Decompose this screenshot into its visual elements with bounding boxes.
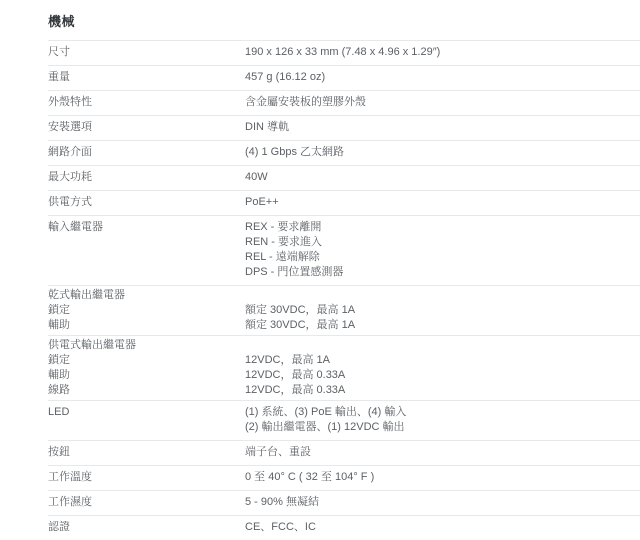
spec-value: REX - 要求離開REN - 要求進入REL - 遠端解除DPS - 門位置感… (245, 220, 640, 280)
spec-label-line: 尺寸 (48, 45, 245, 60)
spec-label-line: 認證 (48, 520, 245, 535)
spec-label-line: 重量 (48, 70, 245, 85)
spec-value-line: (2) 輸出繼電器、(1) 12VDC 輸出 (245, 420, 640, 435)
spec-label-line: 按鈕 (48, 445, 245, 460)
spec-value: 12VDC，最高 1A12VDC，最高 0.33A12VDC，最高 0.33A (245, 338, 640, 398)
spec-label: 安裝選項 (48, 120, 245, 135)
spec-label: 供電式輸出繼電器鎖定輔助線路 (48, 338, 245, 398)
spec-value: PoE++ (245, 195, 640, 210)
spec-row: 尺寸190 x 126 x 33 mm (7.48 x 4.96 x 1.29″… (48, 41, 640, 66)
spec-table: 尺寸190 x 126 x 33 mm (7.48 x 4.96 x 1.29″… (48, 41, 640, 540)
spec-value: (4) 1 Gbps 乙太網路 (245, 145, 640, 160)
spec-value-line: PoE++ (245, 195, 640, 210)
spec-value-line: (4) 1 Gbps 乙太網路 (245, 145, 640, 160)
spec-label: 工作濕度 (48, 495, 245, 510)
spec-page: 機械 尺寸190 x 126 x 33 mm (7.48 x 4.96 x 1.… (0, 0, 640, 540)
spec-value-line: 12VDC，最高 0.33A (245, 383, 640, 398)
spec-row: 重量457 g (16.12 oz) (48, 66, 640, 91)
spec-label-line: 線路 (48, 383, 245, 398)
spec-value-line: 457 g (16.12 oz) (245, 70, 640, 85)
spec-row: 工作溫度0 至 40° C ( 32 至 104° F ) (48, 466, 640, 491)
spec-label-line: 最大功耗 (48, 170, 245, 185)
spec-value-line (245, 338, 640, 353)
spec-label-line: 輔助 (48, 318, 245, 333)
spec-label: 工作溫度 (48, 470, 245, 485)
spec-label-line: 供電式輸出繼電器 (48, 338, 245, 353)
spec-value-line: 190 x 126 x 33 mm (7.48 x 4.96 x 1.29″) (245, 45, 640, 60)
spec-row: 安裝選項DIN 導軌 (48, 116, 640, 141)
spec-row: 乾式輸出繼電器鎖定輔助 額定 30VDC，最高 1A額定 30VDC，最高 1A (48, 286, 640, 336)
spec-value: 端子台、重設 (245, 445, 640, 460)
spec-label: 輸入繼電器 (48, 220, 245, 280)
spec-value: (1) 系統、(3) PoE 輸出、(4) 輸入(2) 輸出繼電器、(1) 12… (245, 405, 640, 435)
spec-label: LED (48, 405, 245, 435)
spec-value-line: 額定 30VDC，最高 1A (245, 303, 640, 318)
spec-row: 認證CE、FCC、IC (48, 516, 640, 540)
spec-value-line: (1) 系統、(3) PoE 輸出、(4) 輸入 (245, 405, 640, 420)
spec-value: 含金屬安裝板的塑膠外殼 (245, 95, 640, 110)
spec-value-line: REX - 要求離開 (245, 220, 640, 235)
spec-value: 457 g (16.12 oz) (245, 70, 640, 85)
spec-value-line: 12VDC，最高 0.33A (245, 368, 640, 383)
spec-value-line: DPS - 門位置感測器 (245, 265, 640, 280)
spec-label-line: 輸入繼電器 (48, 220, 245, 235)
spec-label: 乾式輸出繼電器鎖定輔助 (48, 288, 245, 333)
spec-row: 供電方式PoE++ (48, 191, 640, 216)
spec-value-line: 0 至 40° C ( 32 至 104° F ) (245, 470, 640, 485)
spec-row: 工作濕度5 - 90% 無凝結 (48, 491, 640, 516)
spec-label: 重量 (48, 70, 245, 85)
spec-value: 40W (245, 170, 640, 185)
spec-value-line: 端子台、重設 (245, 445, 640, 460)
spec-label-line: 供電方式 (48, 195, 245, 210)
spec-label-line: 鎖定 (48, 353, 245, 368)
spec-row: 最大功耗40W (48, 166, 640, 191)
spec-label: 外殼特性 (48, 95, 245, 110)
spec-value-line: 含金屬安裝板的塑膠外殼 (245, 95, 640, 110)
spec-row: 供電式輸出繼電器鎖定輔助線路 12VDC，最高 1A12VDC，最高 0.33A… (48, 336, 640, 401)
spec-label: 認證 (48, 520, 245, 535)
spec-label: 網路介面 (48, 145, 245, 160)
spec-value: CE、FCC、IC (245, 520, 640, 535)
spec-row: 外殼特性含金屬安裝板的塑膠外殼 (48, 91, 640, 116)
spec-row: LED(1) 系統、(3) PoE 輸出、(4) 輸入(2) 輸出繼電器、(1)… (48, 401, 640, 441)
spec-value: 5 - 90% 無凝結 (245, 495, 640, 510)
spec-section-mechanical: 機械 尺寸190 x 126 x 33 mm (7.48 x 4.96 x 1.… (48, 12, 640, 540)
spec-row: 按鈕端子台、重設 (48, 441, 640, 466)
spec-label-line: 外殼特性 (48, 95, 245, 110)
spec-value-line: 5 - 90% 無凝結 (245, 495, 640, 510)
spec-value-line: 12VDC，最高 1A (245, 353, 640, 368)
spec-label-line: 工作濕度 (48, 495, 245, 510)
spec-value: 額定 30VDC，最高 1A額定 30VDC，最高 1A (245, 288, 640, 333)
spec-value-line: 40W (245, 170, 640, 185)
spec-value: 0 至 40° C ( 32 至 104° F ) (245, 470, 640, 485)
spec-value-line: 額定 30VDC，最高 1A (245, 318, 640, 333)
spec-label: 按鈕 (48, 445, 245, 460)
spec-label-line: LED (48, 405, 245, 420)
spec-value-line: REL - 遠端解除 (245, 250, 640, 265)
spec-label: 最大功耗 (48, 170, 245, 185)
spec-label-line: 安裝選項 (48, 120, 245, 135)
spec-value-line: DIN 導軌 (245, 120, 640, 135)
spec-label-line: 網路介面 (48, 145, 245, 160)
spec-row: 輸入繼電器REX - 要求離開REN - 要求進入REL - 遠端解除DPS -… (48, 216, 640, 286)
spec-label: 供電方式 (48, 195, 245, 210)
spec-value-line: REN - 要求進入 (245, 235, 640, 250)
spec-label-line: 工作溫度 (48, 470, 245, 485)
spec-label-line: 乾式輸出繼電器 (48, 288, 245, 303)
spec-label-line: 輔助 (48, 368, 245, 383)
spec-label: 尺寸 (48, 45, 245, 60)
spec-value: DIN 導軌 (245, 120, 640, 135)
section-header: 機械 (48, 12, 640, 41)
spec-value: 190 x 126 x 33 mm (7.48 x 4.96 x 1.29″) (245, 45, 640, 60)
spec-label-line: 鎖定 (48, 303, 245, 318)
spec-row: 網路介面(4) 1 Gbps 乙太網路 (48, 141, 640, 166)
section-title: 機械 (48, 12, 640, 31)
spec-value-line: CE、FCC、IC (245, 520, 640, 535)
spec-value-line (245, 288, 640, 303)
